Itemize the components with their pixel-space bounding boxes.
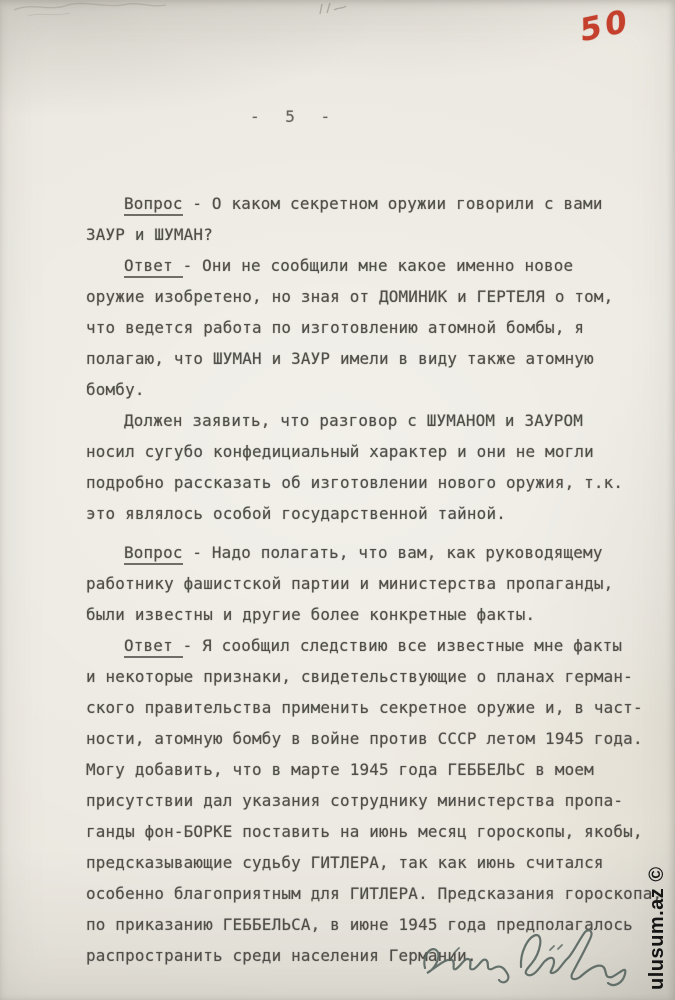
text-line: Могу добавить, что в марте 1945 года ГЕБ… (86, 754, 671, 785)
document-body: Вопрос - О каком секретном оружии говори… (86, 188, 671, 971)
text-segment: это являлось особой государственной тайн… (86, 504, 506, 523)
text-line: ского правительства применить секретное … (86, 692, 671, 723)
pencil-mark-top-center (310, 0, 350, 20)
text-segment: полагаю, что ШУМАН и ЗАУР имели в виду т… (86, 349, 594, 368)
text-line: это являлось особой государственной тайн… (86, 498, 671, 529)
text-line: Ответ - Они не сообщили мне какое именно… (86, 250, 671, 281)
text-line: оружие изобретено, но зная от ДОМИНИК и … (86, 281, 671, 312)
text-line: Должен заявить, что разговор с ШУМАНОМ и… (86, 405, 671, 436)
text-line: ности, атомную бомбу в войне против СССР… (86, 723, 671, 754)
text-segment: присутствии дал указания сотруднику мини… (86, 791, 623, 810)
text-line: присутствии дал указания сотруднику мини… (86, 785, 671, 816)
text-segment: Должен заявить, что разговор с ШУМАНОМ и… (124, 411, 583, 430)
text-line: носил сугубо конфедициальный характер и … (86, 436, 671, 467)
text-line: ганды фон-БОРКЕ поставить на июнь месяц … (86, 816, 671, 847)
text-segment: ЗАУР и ШУМАН? (86, 225, 213, 244)
text-line: подробно рассказать об изготовлении ново… (86, 467, 671, 498)
text-segment: носил сугубо конфедициальный характер и … (86, 442, 594, 461)
handwritten-signature (415, 922, 643, 994)
text-line: были известны и другие более конкретные … (86, 599, 671, 630)
text-segment: бомбу. (86, 380, 145, 399)
text-segment: - Я сообщил следствию все известные мне … (183, 636, 623, 655)
text-segment: подробно рассказать об изготовлении ново… (86, 473, 623, 492)
pencil-smudge-top-left (10, 0, 170, 24)
text-segment: предсказывающие судьбу ГИТЛЕРА, так как … (86, 853, 604, 872)
underlined-word: Вопрос (124, 543, 183, 565)
text-segment: ности, атомную бомбу в войне против СССР… (86, 729, 643, 748)
text-line: Ответ - Я сообщил следствию все известны… (86, 630, 671, 661)
text-line: что ведется работа по изготовлению атомн… (86, 312, 671, 343)
underlined-word: Ответ (124, 636, 183, 658)
text-segment: оружие изобретено, но зная от ДОМИНИК и … (86, 287, 613, 306)
page-number: - 5 - (250, 107, 338, 126)
text-segment: были известны и другие более конкретные … (86, 605, 535, 624)
text-segment: ского правительства применить секретное … (86, 698, 643, 717)
text-segment: - Надо полагать, что вам, как руководяще… (183, 543, 603, 562)
text-segment: Могу добавить, что в марте 1945 года ГЕБ… (86, 760, 594, 779)
text-line: работнику фашистской партии и министерст… (86, 568, 671, 599)
handwritten-archive-number: 50 (577, 3, 635, 49)
text-segment: - Они не сообщили мне какое именно новое (183, 256, 574, 275)
text-line: ЗАУР и ШУМАН? (86, 219, 671, 250)
text-segment: ганды фон-БОРКЕ поставить на июнь месяц … (86, 822, 643, 841)
text-line: предсказывающие судьбу ГИТЛЕРА, так как … (86, 847, 671, 878)
text-line: Вопрос - Надо полагать, что вам, как рук… (86, 537, 671, 568)
text-line: и некоторые признаки, свидетельствующие … (86, 661, 671, 692)
text-segment: что ведется работа по изготовлению атомн… (86, 318, 584, 337)
watermark: ulusum.az © (646, 866, 669, 990)
text-segment: особенно благоприятным для ГИТЛЕРА. Пред… (86, 884, 662, 903)
text-segment: - О каком секретном оружии говорили с ва… (183, 194, 603, 213)
text-line: особенно благоприятным для ГИТЛЕРА. Пред… (86, 878, 671, 909)
underlined-word: Ответ (124, 256, 183, 278)
text-line: полагаю, что ШУМАН и ЗАУР имели в виду т… (86, 343, 671, 374)
scanned-document-page: 50 - 5 - Вопрос - О каком секретном оруж… (0, 0, 675, 1000)
text-segment: и некоторые признаки, свидетельствующие … (86, 667, 633, 686)
text-line: Вопрос - О каком секретном оружии говори… (86, 188, 671, 219)
text-line: бомбу. (86, 374, 671, 405)
underlined-word: Вопрос (124, 194, 183, 216)
text-segment: работнику фашистской партии и министерст… (86, 574, 613, 593)
